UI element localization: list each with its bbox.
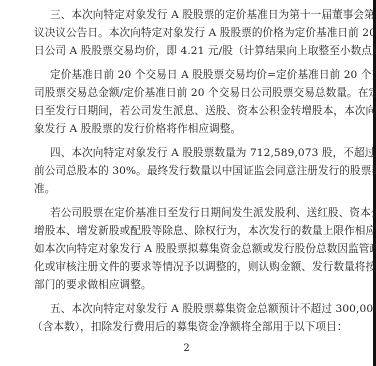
paragraph-3-line-3: 准。 [34, 180, 55, 198]
paragraph-3-line-2: 前公司总股本的 30%。最终发行数量以中国证监会同意注册发行的股票数量为 [34, 162, 376, 180]
paragraph-1-line-1: 三、本次向特定对象发行 A 股股票的定价基准日为第十一届董事会第二次会 [50, 6, 376, 24]
paragraph-4-line-5: 部门的要求做相应调整。 [34, 276, 152, 294]
paragraph-4-line-3: 如本次向特定对象发行 A 股股票拟募集资金总额或发行股份总数因监管政策变 [34, 240, 376, 258]
paragraph-1-line-3: 日公司 A 股股票交易均价，即 4.21 元/股（计算结果向上取整至小数点后两位… [34, 42, 376, 60]
paragraph-5-line-1: 五、本次向特定对象发行 A 股股票募集资金总额预计不超过 300,000.00 … [50, 300, 376, 318]
paragraph-2-line-3: 日至发行日期间，若公司发生派息、送股、资本公积金转增股本，本次向特定对 [34, 102, 376, 120]
paragraph-4-line-1: 若公司股票在定价基准日至发行日期间发生派发股利、送红股、资本公积转 [50, 204, 376, 222]
paragraph-4-line-2: 增股本、增发新股或配股等除息、除权行为，本次发行的数量上限作相应调整。 [34, 222, 376, 240]
document-page: 三、本次向特定对象发行 A 股股票的定价基准日为第十一届董事会第二次会 议决议公… [0, 0, 376, 366]
page-number: 2 [0, 343, 373, 354]
paragraph-5-line-2: （含本数），扣除发行费用后的募集资金净额将全部用于以下项目： [32, 318, 348, 336]
paragraph-2-line-1: 定价基准日前 20 个交易日 A 股股票交易均价=定价基准日前 20 个交易日公 [50, 66, 376, 84]
paragraph-2-line-4: 象发行 A 股股票的发行价格将作相应调整。 [34, 120, 241, 138]
paragraph-3-line-1: 四、本次向特定对象发行 A 股股票数量为 712,589,073 股，不超过本次… [50, 144, 376, 162]
paragraph-1-line-2: 议决议公告日。本次向特定对象发行 A 股股票的价格为定价基准日前 20 个交易 [34, 24, 376, 42]
paragraph-2-line-2: 司股票交易总金额/定价基准日前 20 个交易日公司股票交易总数量。在定价基准 [34, 84, 376, 102]
paragraph-4-line-4: 化或审核注册文件的要求等情况予以调整的，则认购金额、发行数量将按照有关 [34, 258, 376, 276]
